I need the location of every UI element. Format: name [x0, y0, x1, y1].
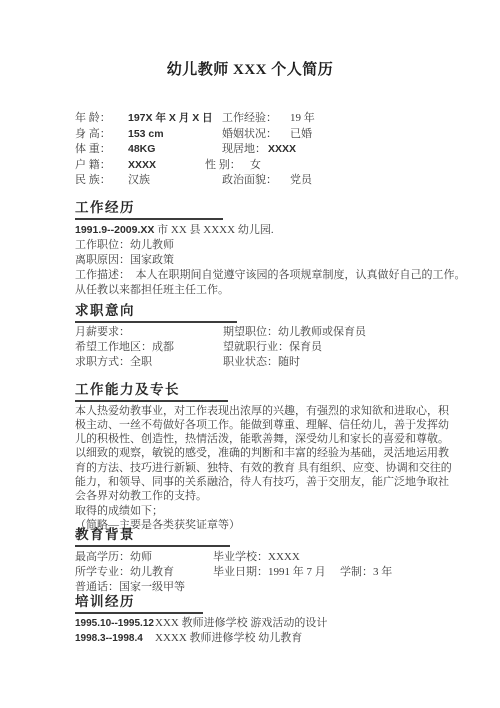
info-value: 19 年 [290, 111, 470, 127]
intent-region: 希望工作地区：成都 [75, 340, 223, 355]
info-label: 年 龄： [75, 111, 128, 127]
info-label: 现居地： [222, 142, 266, 158]
work-period: 1991.9--2009.XX [75, 224, 154, 236]
info-label: 户 籍： [75, 158, 128, 174]
skills-paragraph: 本人热爱幼教事业，对工作表现出浓厚的兴趣，有强烈的求知欲和进取心，积极主动、一丝… [75, 404, 470, 533]
section-heading-training: 培训经历 [75, 595, 203, 614]
info-row-registry: 户 籍： XXXX 性 别： 女 [75, 158, 470, 174]
intent-salary: 月薪要求： [75, 325, 223, 340]
education-row: 所学专业：幼儿教育 毕业日期：1991 年 7 月 学制：3 年 [75, 565, 470, 580]
training-date: 1995.10--1995.12 [75, 616, 155, 631]
work-place: 市 XX 县 XXXX 幼儿园. [154, 224, 273, 236]
info-row-weight: 体 重： 48KG 现居地： XXXX [75, 142, 470, 158]
edu-mandarin-level: 普通话：国家一级甲等 [75, 580, 213, 595]
edu-empty [213, 580, 340, 595]
edu-duration: 学制：3 年 [340, 565, 470, 580]
intent-availability: 职业状态：随时 [223, 355, 470, 370]
work-description: 工作描述： 本人在职期间自觉遵守该园的各项规章制度，认真做好自己的工作。从任教以… [75, 268, 470, 298]
intent-industry: 望就职行业：保育员 [223, 340, 470, 355]
section-education: 教育背景 最高学历：幼师 毕业学校：XXXX 所学专业：幼儿教育 毕业日期：19… [75, 528, 470, 595]
education-body: 最高学历：幼师 毕业学校：XXXX 所学专业：幼儿教育 毕业日期：1991 年 … [75, 550, 470, 595]
info-label: 体 重： [75, 142, 128, 158]
page-title: 幼儿教师 XXX 个人简历 [0, 0, 500, 79]
info-label: 政治面貌： [222, 173, 290, 189]
info-row-ethnicity: 民 族： 汉族 政治面貌： 党员 [75, 173, 470, 189]
edu-extra [340, 550, 470, 565]
job-intent-body: 月薪要求： 期望职位：幼儿教师或保育员 希望工作地区：成都 望就职行业：保育员 … [75, 325, 470, 370]
resume-page: 幼儿教师 XXX 个人简历 年 龄： 197X 年 X 月 X 日 工作经验： … [0, 0, 500, 708]
section-heading-job-intent: 求职意向 [75, 304, 237, 323]
info-label: 身 高： [75, 127, 128, 143]
training-detail: XXXX 教师进修学校 幼儿教育 [155, 631, 470, 646]
edu-graduation-date: 毕业日期：1991 年 7 月 [213, 565, 340, 580]
work-leave-reason: 离职原因：国家政策 [75, 253, 470, 268]
work-period-line: 1991.9--2009.XX 市 XX 县 XXXX 幼儿园. [75, 223, 470, 238]
info-value: 党员 [290, 173, 470, 189]
info-value: 女 [250, 158, 470, 174]
info-row-age: 年 龄： 197X 年 X 月 X 日 工作经验： 19 年 [75, 111, 470, 127]
info-label: 民 族： [75, 173, 128, 189]
work-history-body: 1991.9--2009.XX 市 XX 县 XXXX 幼儿园. 工作职位：幼儿… [75, 223, 470, 298]
section-job-intent: 求职意向 月薪要求： 期望职位：幼儿教师或保育员 希望工作地区：成都 望就职行业… [75, 304, 470, 370]
intent-expected-position: 期望职位：幼儿教师或保育员 [223, 325, 470, 340]
info-value: 汉族 [128, 173, 222, 189]
education-row: 最高学历：幼师 毕业学校：XXXX [75, 550, 470, 565]
section-skills: 工作能力及专长 本人热爱幼教事业，对工作表现出浓厚的兴趣，有强烈的求知欲和进取心… [75, 383, 470, 533]
education-row: 普通话：国家一级甲等 [75, 580, 470, 595]
training-body: 1995.10--1995.12 XXX 教师进修学校 游戏活动的设计 1998… [75, 616, 470, 646]
info-value: 197X 年 X 月 X 日 [128, 111, 222, 127]
edu-major: 所学专业：幼儿教育 [75, 565, 213, 580]
training-row: 1995.10--1995.12 XXX 教师进修学校 游戏活动的设计 [75, 616, 470, 631]
edu-school: 毕业学校：XXXX [213, 550, 340, 565]
section-work-history: 工作经历 1991.9--2009.XX 市 XX 县 XXXX 幼儿园. 工作… [75, 201, 470, 298]
edu-empty [340, 580, 470, 595]
intent-row: 求职方式：全职 职业状态：随时 [75, 355, 470, 370]
intent-job-type: 求职方式：全职 [75, 355, 223, 370]
info-label: 性 别： [205, 158, 250, 174]
personal-info-block: 年 龄： 197X 年 X 月 X 日 工作经验： 19 年 身 高： 153 … [75, 111, 470, 189]
work-position: 工作职位：幼儿教师 [75, 238, 470, 253]
info-label: 婚姻状况： [222, 127, 290, 143]
resume-content: 年 龄： 197X 年 X 月 X 日 工作经验： 19 年 身 高： 153 … [0, 111, 500, 646]
info-value: 48KG [128, 142, 222, 158]
edu-degree: 最高学历：幼师 [75, 550, 213, 565]
info-row-height: 身 高： 153 cm 婚姻状况： 已婚 [75, 127, 470, 143]
training-date: 1998.3--1998.4 [75, 631, 155, 646]
section-heading-work-history: 工作经历 [75, 201, 223, 220]
intent-row: 希望工作地区：成都 望就职行业：保育员 [75, 340, 470, 355]
section-heading-skills: 工作能力及专长 [75, 383, 228, 402]
info-value: XXXX [268, 142, 470, 158]
intent-row: 月薪要求： 期望职位：幼儿教师或保育员 [75, 325, 470, 340]
info-label: 工作经验： [222, 111, 290, 127]
info-value: 153 cm [128, 127, 222, 143]
section-training: 培训经历 1995.10--1995.12 XXX 教师进修学校 游戏活动的设计… [75, 595, 470, 646]
training-row: 1998.3--1998.4 XXXX 教师进修学校 幼儿教育 [75, 631, 470, 646]
info-value: 已婚 [290, 127, 470, 143]
training-detail: XXX 教师进修学校 游戏活动的设计 [155, 616, 470, 631]
